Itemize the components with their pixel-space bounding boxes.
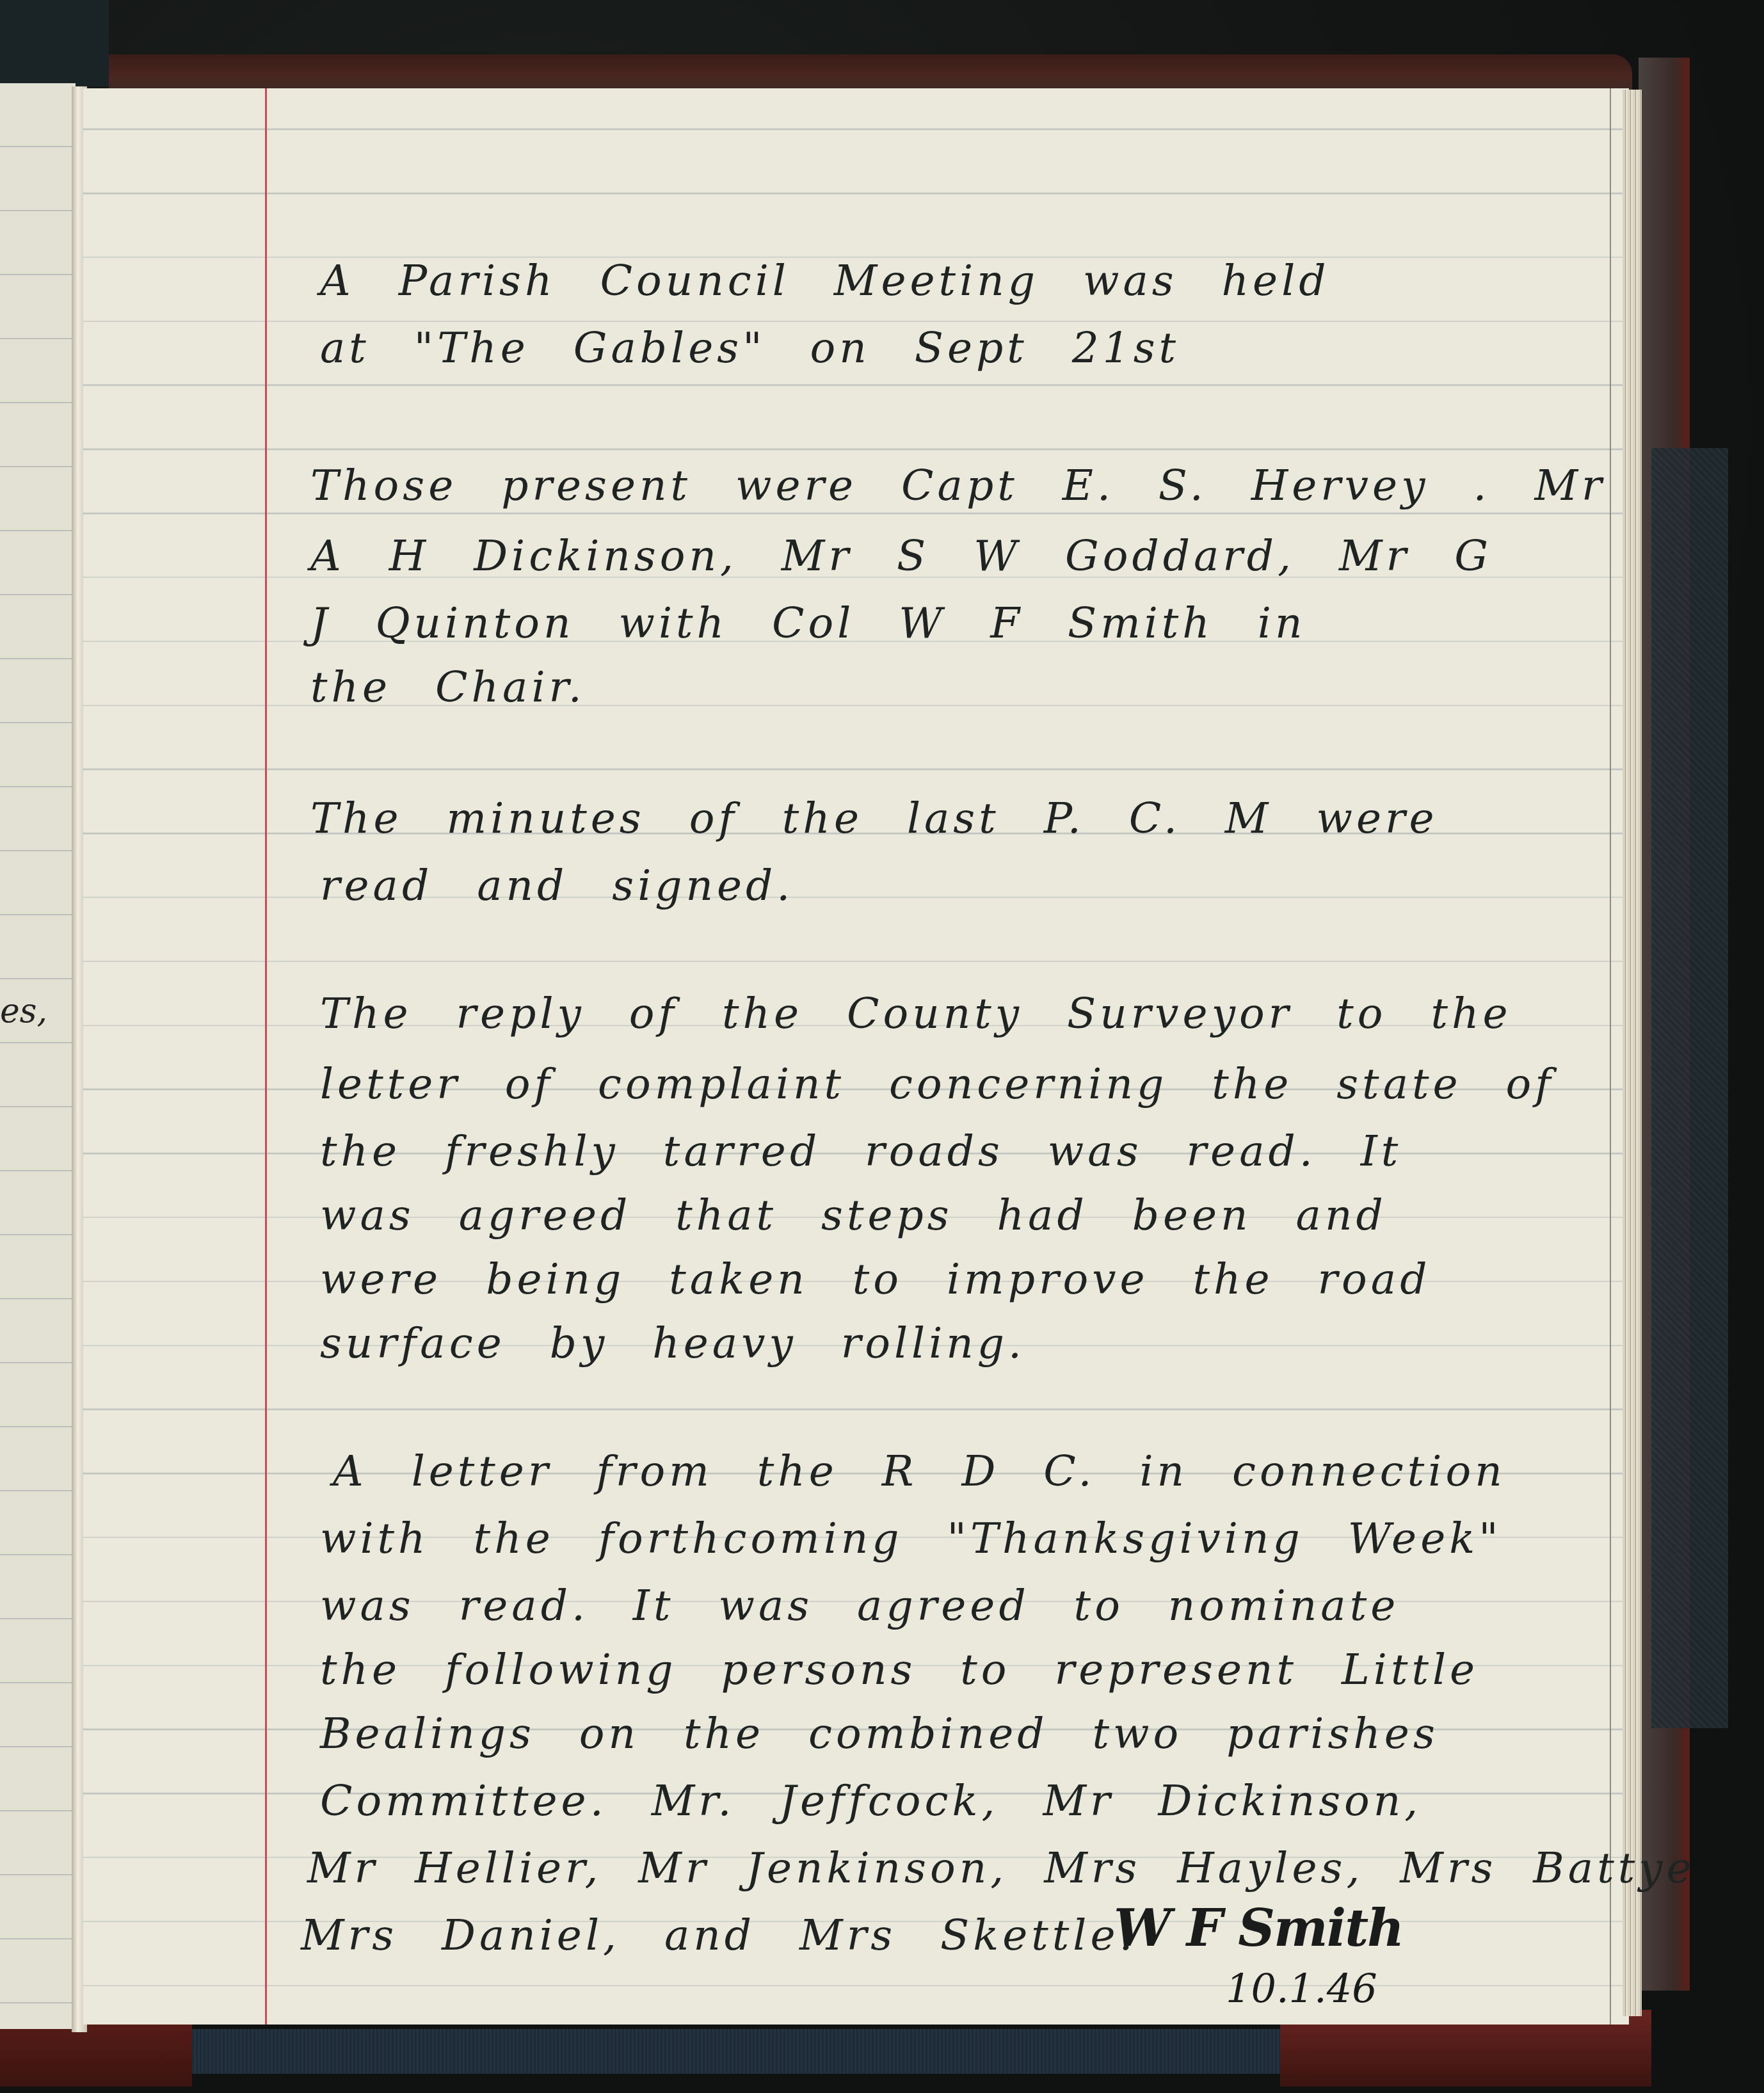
bottom-cloth-binding: [192, 2029, 1280, 2074]
text-line: with the forthcoming "Thanksgiving Week": [320, 1514, 1502, 1563]
text-line: J Quinton with Col W F Smith in: [310, 598, 1306, 648]
text-line: A Parish Council Meeting was held: [320, 256, 1330, 305]
right-edge-rule: [1610, 88, 1611, 2025]
text-line: letter of complaint concerning the state…: [320, 1059, 1555, 1109]
text-line: A letter from the R D C. in connection: [333, 1447, 1506, 1496]
text-line: was read. It was agreed to nominate: [320, 1581, 1399, 1630]
left-page-fragment: es,: [0, 992, 47, 1030]
text-line: A H Dickinson, Mr S W Goddard, Mr G: [310, 531, 1492, 581]
text-line: the Chair.: [310, 662, 586, 712]
text-line: Mrs Daniel, and Mrs Skettle.: [301, 1911, 1137, 1960]
text-line: were being taken to improve the road: [320, 1255, 1431, 1304]
text-line: Bealings on the combined two parishes: [320, 1709, 1439, 1758]
text-line: at "The Gables" on Sept 21st: [320, 323, 1180, 373]
text-line: surface by heavy rolling.: [320, 1319, 1025, 1368]
text-line: Mr Hellier, Mr Jenkinson, Mrs Hayles, Mr…: [307, 1843, 1696, 1893]
text-line: the following persons to represent Littl…: [320, 1645, 1479, 1694]
text-line: the freshly tarred roads was read. It: [320, 1127, 1402, 1176]
signature-date: 10.1.46: [1226, 1965, 1377, 2012]
chairman-signature: W F Smith: [1114, 1898, 1403, 1958]
stacked-page-edges: [1623, 90, 1642, 2016]
text-line: The minutes of the last P. C. M were: [310, 794, 1438, 843]
text-line: Committee. Mr. Jeffcock, Mr Dickinson,: [320, 1776, 1422, 1825]
left-board-cloth: [0, 0, 109, 86]
right-cloth-binding: [1651, 448, 1728, 1728]
text-line: Those present were Capt E. S. Hervey . M…: [310, 461, 1606, 510]
red-margin-rule: [265, 88, 267, 2025]
left-page: es,: [0, 83, 76, 2029]
text-line: read and signed.: [320, 861, 794, 910]
text-line: was agreed that steps had been and: [320, 1191, 1387, 1240]
top-leather-binding: [109, 54, 1632, 93]
text-line: The reply of the County Surveyor to the: [320, 989, 1512, 1038]
